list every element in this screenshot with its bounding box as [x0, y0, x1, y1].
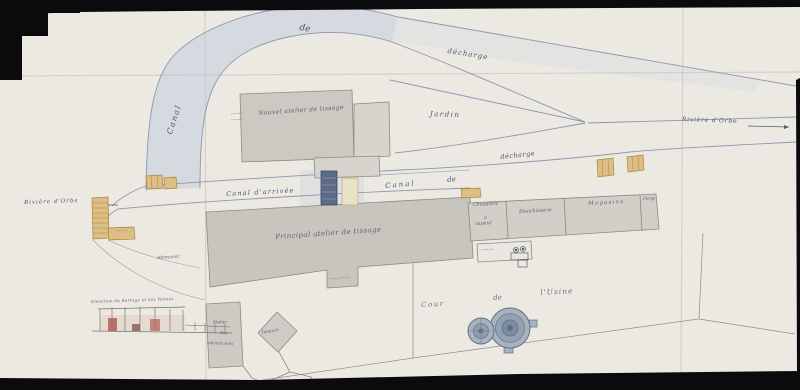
label-atelier-3: mécaniciens	[207, 341, 233, 346]
nouvel-atelier-building	[240, 90, 354, 162]
label-jardin: Jardin	[430, 111, 461, 119]
label-atelier-2: des	[220, 331, 227, 335]
wheel-side-chamber	[342, 178, 358, 205]
label-canal-top-de: de	[299, 24, 311, 35]
plan-drawing	[0, 0, 800, 390]
label-cour: Cour	[421, 301, 445, 309]
label-cour-de: de	[493, 295, 502, 302]
scanned-plan: Canal de décharge Jardin Rivière d'Orbe …	[0, 0, 800, 390]
label-forge: Forge	[643, 196, 656, 201]
label-chaudiere-3: vapeur	[475, 222, 492, 228]
label-atelier-1: Atelier	[213, 320, 227, 325]
nouvel-atelier-wing	[354, 102, 390, 158]
label-cour-usine: l'Usine	[540, 287, 574, 296]
label-canal-mid-de: de	[447, 176, 456, 184]
